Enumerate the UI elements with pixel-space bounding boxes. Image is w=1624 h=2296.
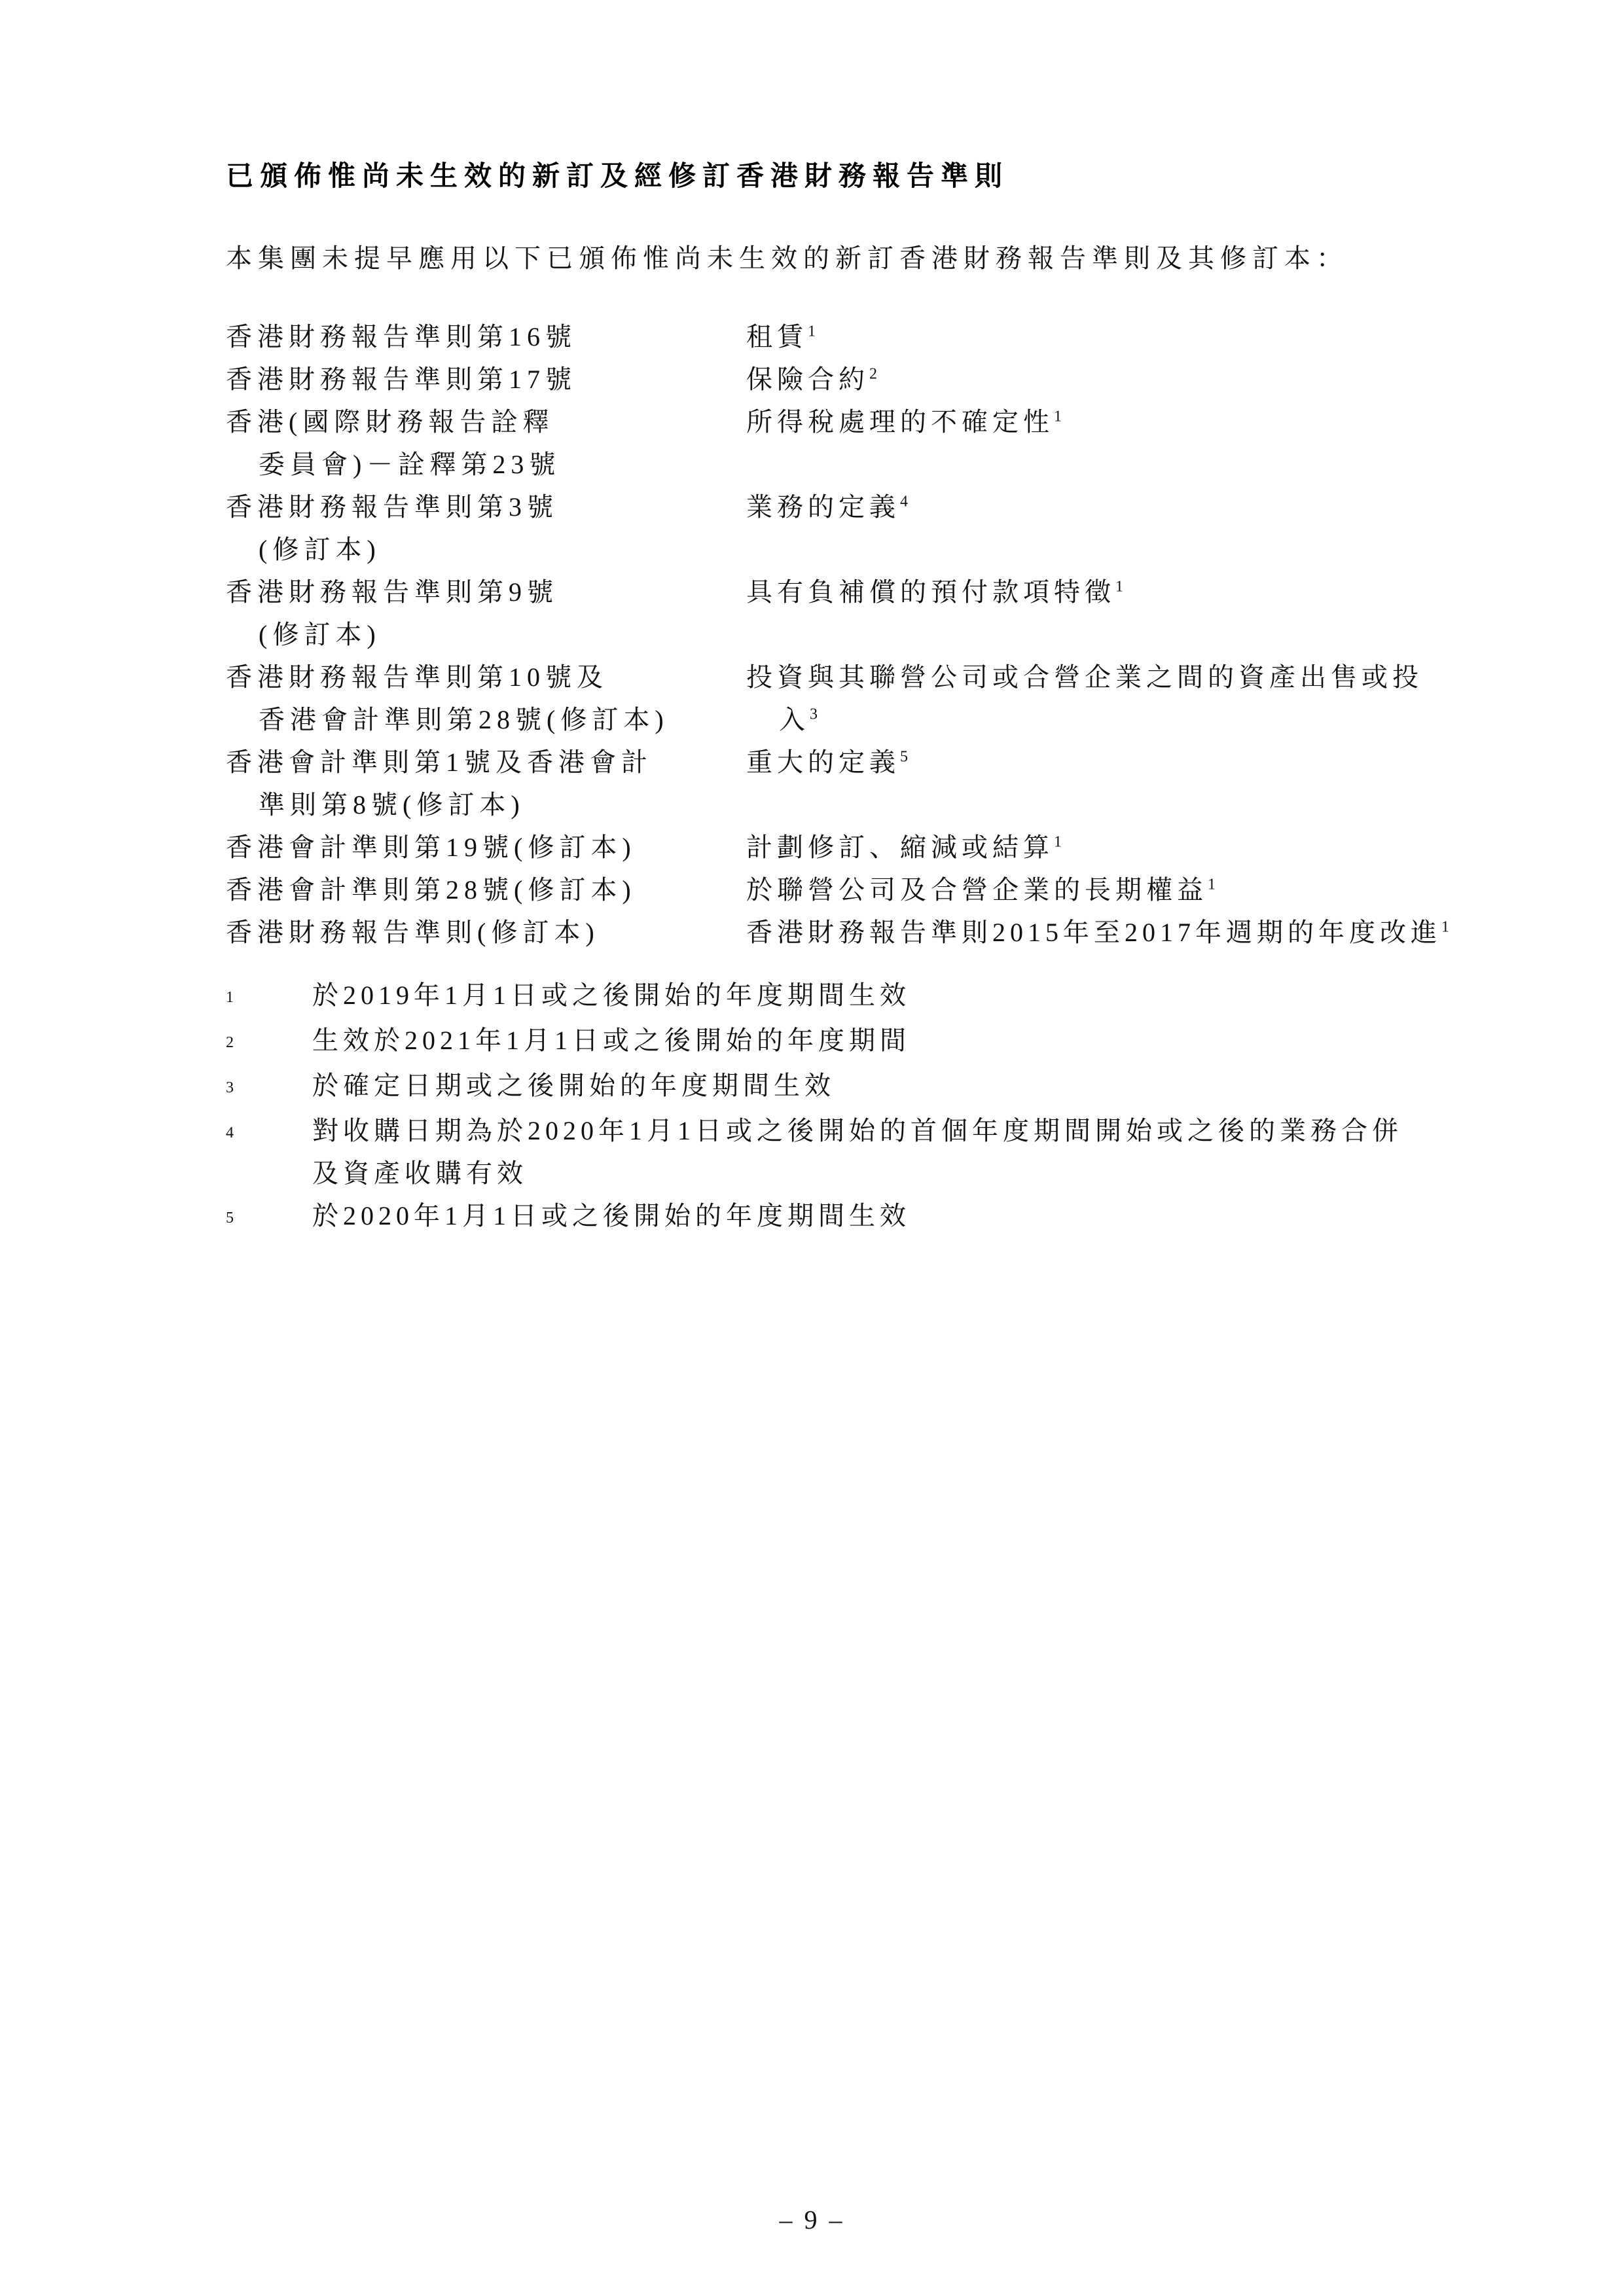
- footnote-text-line: 於2020年1月1日或之後開始的年度期間生效: [312, 1194, 1509, 1237]
- standard-description: 於聯營公司及合營企業的長期權益1: [746, 869, 1456, 911]
- standard-description-text: 業務的定義: [746, 492, 900, 522]
- footnote-ref: 1: [1054, 408, 1062, 425]
- standard-description-text: 於聯營公司及合營企業的長期權益: [746, 875, 1208, 905]
- standard-description-line: 入3: [746, 698, 1456, 741]
- footnote-row: 5 於2020年1月1日或之後開始的年度期間生效: [226, 1194, 1509, 1240]
- standard-row: 香港財務報告準則(修訂本) 香港財務報告準則2015年至2017年週期的年度改進…: [226, 911, 1470, 954]
- standard-name-line: 香港財務報告準則第3號: [226, 486, 746, 528]
- standard-name: 香港財務報告準則第17號: [226, 358, 746, 401]
- footnote-ref: 1: [1208, 876, 1216, 893]
- footnote-ref: 1: [808, 323, 816, 340]
- standard-name-line: 香港(國際財務報告詮釋: [226, 401, 746, 443]
- standard-name: 香港財務報告準則第9號 (修訂本): [226, 571, 746, 656]
- standard-row: 香港會計準則第28號(修訂本) 於聯營公司及合營企業的長期權益1: [226, 869, 1470, 911]
- standard-row: 香港財務報告準則第17號 保險合約2: [226, 358, 1470, 401]
- standard-row: 香港會計準則第1號及香港會計 準則第8號(修訂本) 重大的定義5: [226, 741, 1470, 826]
- standard-description-text: 租賃: [746, 322, 808, 351]
- standard-name: 香港會計準則第1號及香港會計 準則第8號(修訂本): [226, 741, 746, 826]
- standard-name-line: (修訂本): [226, 613, 746, 656]
- standard-description-text: 所得稅處理的不確定性: [746, 407, 1054, 437]
- footnote-row: 2 生效於2021年1月1日或之後開始的年度期間: [226, 1019, 1509, 1064]
- footnote-marker: 3: [226, 1064, 312, 1109]
- footnote-text: 對收購日期為於2020年1月1日或之後開始的首個年度期間開始或之後的業務合併 及…: [312, 1109, 1509, 1194]
- footnote-row: 4 對收購日期為於2020年1月1日或之後開始的首個年度期間開始或之後的業務合併…: [226, 1109, 1509, 1194]
- standard-name-line: 委員會)－詮釋第23號: [226, 443, 746, 486]
- standard-description: 保險合約2: [746, 358, 1456, 401]
- footnote-marker: 5: [226, 1194, 312, 1240]
- standard-description-line: 所得稅處理的不確定性1: [746, 401, 1456, 443]
- footnote-ref: 4: [900, 493, 908, 511]
- standard-description: 具有負補償的預付款項特徵1: [746, 571, 1456, 613]
- footnote-text-line: 於確定日期或之後開始的年度期間生效: [312, 1064, 1509, 1107]
- standard-name-line: 香港財務報告準則第10號及: [226, 656, 746, 698]
- standard-description-line: 保險合約2: [746, 358, 1456, 401]
- standard-name-line: 準則第8號(修訂本): [226, 783, 746, 826]
- footnote-row: 1 於2019年1月1日或之後開始的年度期間生效: [226, 974, 1509, 1019]
- standard-row: 香港財務報告準則第3號 (修訂本) 業務的定義4: [226, 486, 1470, 571]
- standard-description-text: 保險合約: [746, 365, 869, 394]
- footnote-ref: 1: [1115, 579, 1123, 596]
- footnote-text: 於2020年1月1日或之後開始的年度期間生效: [312, 1194, 1509, 1237]
- standard-name-line: 香港會計準則第1號及香港會計: [226, 741, 746, 783]
- standard-description-text: 計劃修訂、縮減或結算: [746, 833, 1054, 862]
- standard-name-line: 香港財務報告準則第17號: [226, 358, 746, 401]
- standard-description-line: 投資與其聯營公司或合營企業之間的資產出售或投: [746, 656, 1456, 698]
- footnote-ref: 1: [1441, 919, 1449, 936]
- footnote-text-line: 於2019年1月1日或之後開始的年度期間生效: [312, 974, 1509, 1016]
- footnote-text: 於確定日期或之後開始的年度期間生效: [312, 1064, 1509, 1107]
- standard-row: 香港會計準則第19號(修訂本) 計劃修訂、縮減或結算1: [226, 826, 1470, 869]
- footnote-text: 生效於2021年1月1日或之後開始的年度期間: [312, 1019, 1509, 1062]
- standard-description: 業務的定義4: [746, 486, 1456, 528]
- standard-description-text: 香港財務報告準則2015年至2017年週期的年度改進: [746, 918, 1441, 947]
- standard-name-line: 香港會計準則第28號(修訂本): [226, 698, 746, 741]
- standards-list: 香港財務報告準則第16號 租賃1 香港財務報告準則第17號 保險合約2 香港(國…: [226, 315, 1470, 954]
- standard-name-line: 香港財務報告準則第16號: [226, 315, 746, 358]
- footnote-text-line: 及資產收購有效: [312, 1152, 1509, 1194]
- standard-row: 香港財務報告準則第9號 (修訂本) 具有負補償的預付款項特徵1: [226, 571, 1470, 656]
- standard-description-line: 重大的定義5: [746, 741, 1456, 783]
- footnote-ref: 1: [1054, 834, 1062, 851]
- standard-description: 香港財務報告準則2015年至2017年週期的年度改進1: [746, 911, 1456, 954]
- standard-description: 投資與其聯營公司或合營企業之間的資產出售或投 入3: [746, 656, 1456, 741]
- standard-description-text: 重大的定義: [746, 747, 900, 777]
- standard-row: 香港(國際財務報告詮釋 委員會)－詮釋第23號 所得稅處理的不確定性1: [226, 401, 1470, 486]
- footnote-text-line: 生效於2021年1月1日或之後開始的年度期間: [312, 1019, 1509, 1062]
- intro-paragraph: 本集團未提早應用以下已頒佈惟尚未生效的新訂香港財務報告準則及其修訂本：: [226, 237, 1470, 279]
- footnote-ref: 3: [810, 706, 818, 723]
- standard-name-line: 香港會計準則第28號(修訂本): [226, 869, 746, 911]
- footnote-text: 於2019年1月1日或之後開始的年度期間生效: [312, 974, 1509, 1016]
- standard-description-line: 業務的定義4: [746, 486, 1456, 528]
- standard-description-line: 於聯營公司及合營企業的長期權益1: [746, 869, 1456, 911]
- standard-name-line: 香港會計準則第19號(修訂本): [226, 826, 746, 869]
- standard-description: 所得稅處理的不確定性1: [746, 401, 1456, 443]
- standard-description-line: 計劃修訂、縮減或結算1: [746, 826, 1456, 869]
- footnote-marker: 4: [226, 1109, 312, 1155]
- standard-description-text: 入: [779, 705, 810, 734]
- standard-description: 重大的定義5: [746, 741, 1456, 783]
- standard-name: 香港財務報告準則第16號: [226, 315, 746, 358]
- footnote-ref: 2: [869, 366, 877, 383]
- standard-name-line: 香港財務報告準則(修訂本): [226, 911, 746, 954]
- footnote-marker: 2: [226, 1019, 312, 1064]
- standard-description: 計劃修訂、縮減或結算1: [746, 826, 1456, 869]
- footnote-text-line: 對收購日期為於2020年1月1日或之後開始的首個年度期間開始或之後的業務合併: [312, 1109, 1509, 1152]
- standard-description-line: 香港財務報告準則2015年至2017年週期的年度改進1: [746, 911, 1456, 954]
- page-title: 已頒佈惟尚未生效的新訂及經修訂香港財務報告準則: [226, 154, 1009, 194]
- standard-name-line: 香港財務報告準則第9號: [226, 571, 746, 613]
- standard-name: 香港(國際財務報告詮釋 委員會)－詮釋第23號: [226, 401, 746, 486]
- page-number: – 9 –: [0, 2204, 1624, 2235]
- standard-row: 香港財務報告準則第10號及 香港會計準則第28號(修訂本) 投資與其聯營公司或合…: [226, 656, 1470, 741]
- footnote-ref: 5: [900, 749, 908, 766]
- standard-description-text: 具有負補償的預付款項特徵: [746, 577, 1115, 607]
- standard-description: 租賃1: [746, 315, 1456, 358]
- standard-name: 香港財務報告準則(修訂本): [226, 911, 746, 954]
- standard-name: 香港財務報告準則第10號及 香港會計準則第28號(修訂本): [226, 656, 746, 741]
- standard-description-line: 租賃1: [746, 315, 1456, 358]
- standard-row: 香港財務報告準則第16號 租賃1: [226, 315, 1470, 358]
- footnote-row: 3 於確定日期或之後開始的年度期間生效: [226, 1064, 1509, 1109]
- standard-name-line: (修訂本): [226, 528, 746, 571]
- standard-name: 香港會計準則第28號(修訂本): [226, 869, 746, 911]
- footnotes-list: 1 於2019年1月1日或之後開始的年度期間生效 2 生效於2021年1月1日或…: [226, 974, 1509, 1240]
- footnote-marker: 1: [226, 974, 312, 1019]
- document-page: 已頒佈惟尚未生效的新訂及經修訂香港財務報告準則 本集團未提早應用以下已頒佈惟尚未…: [0, 0, 1624, 2296]
- standard-description-line: 具有負補償的預付款項特徵1: [746, 571, 1456, 613]
- standard-name: 香港財務報告準則第3號 (修訂本): [226, 486, 746, 571]
- standard-name: 香港會計準則第19號(修訂本): [226, 826, 746, 869]
